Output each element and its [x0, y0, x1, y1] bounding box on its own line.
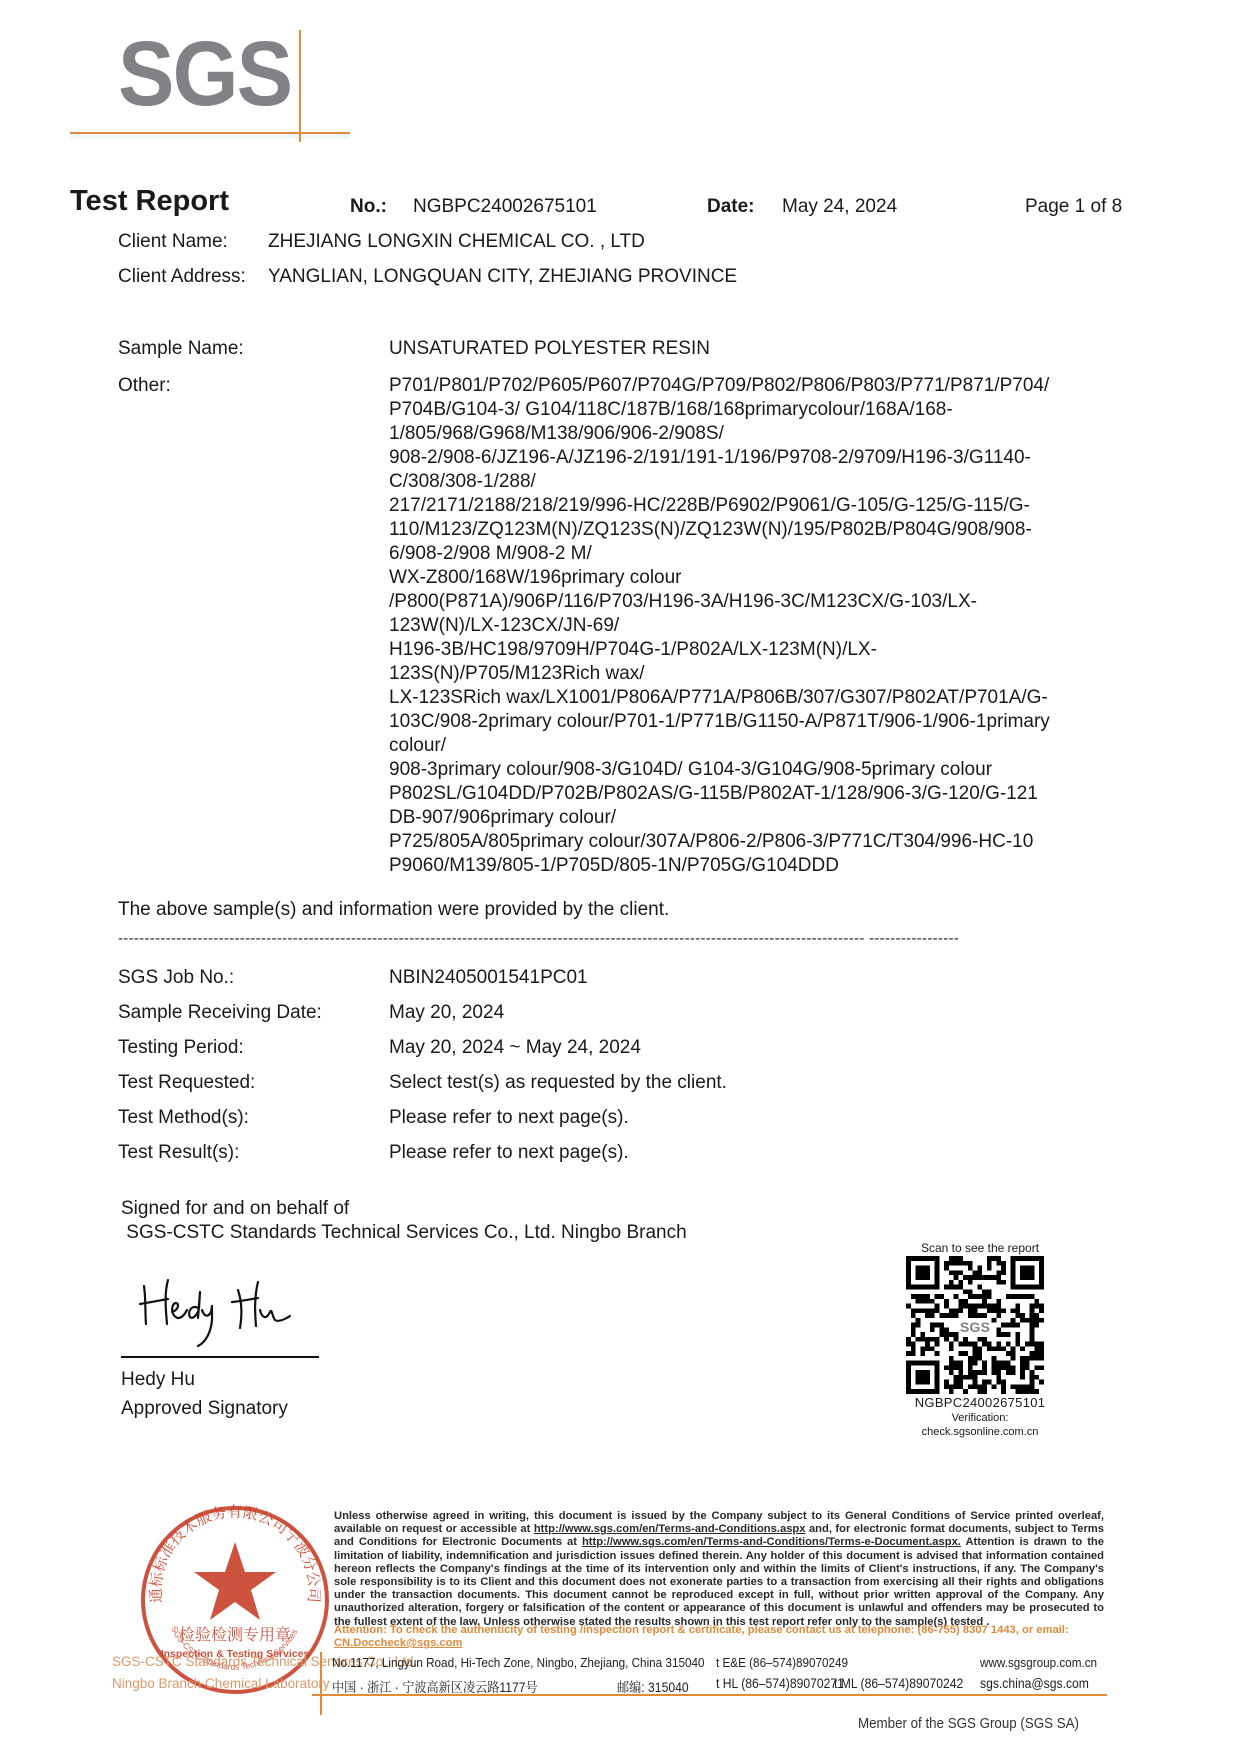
section-separator: ----------------------------------------…: [118, 930, 1098, 947]
other-models-line: 123W(N)/LX-123CX/JN-69/: [389, 614, 1129, 638]
other-models-line: H196-3B/HC198/9709H/P704G-1/P802A/LX-123…: [389, 638, 1129, 662]
svg-text:检验检测专用章: 检验检测专用章: [179, 1625, 291, 1644]
other-models-line: P9060/M139/805-1/P705D/805-1N/P705G/G104…: [389, 854, 1129, 878]
qr-report-number: NGBPC24002675101: [895, 1395, 1065, 1410]
other-models-line: 123S(N)/P705/M123Rich wax/: [389, 662, 1129, 686]
other-models-line: WX-Z800/168W/196primary colour: [389, 566, 1129, 590]
sample-name-label: Sample Name:: [118, 337, 244, 361]
logo-horizontal-rule: [70, 132, 350, 134]
footer-postcode-cn: 邮编: 315040: [617, 1676, 689, 1696]
other-models-line: DB-907/906primary colour/: [389, 806, 1129, 830]
footer-tel-hl: t HL (86–574)89070271: [716, 1676, 844, 1691]
other-models-line: 6/908-2/908 M/908-2 M/: [389, 542, 1129, 566]
other-label: Other:: [118, 374, 171, 398]
verification-label: Verification:: [895, 1411, 1065, 1425]
logo-underline-shade: [70, 134, 350, 139]
footer-email[interactable]: sgs.china@sgs.com: [980, 1676, 1089, 1691]
date-label: Date:: [707, 196, 755, 218]
other-models-line: 217/2171/2188/218/219/996-HC/228B/P6902/…: [389, 494, 1129, 518]
logo-vertical-rule: [299, 30, 301, 142]
other-models-line: P701/P801/P702/P605/P607/P704G/P709/P802…: [389, 374, 1129, 398]
signature-line: [121, 1356, 319, 1358]
other-models-line: P704B/G104-3/ G104/118C/187B/168/168prim…: [389, 398, 1129, 422]
other-models-line: colour/: [389, 734, 1129, 758]
other-models-line: 1/805/968/G968/M138/906/906-2/908S/: [389, 422, 1129, 446]
footer-address-en: No.1177, Lingyun Road, Hi-Tech Zone, Nin…: [332, 1655, 704, 1670]
page-indicator: Page 1 of 8: [1025, 196, 1122, 218]
qr-center-sgs-logo: SGS: [960, 1320, 990, 1336]
other-models-list: P701/P801/P702/P605/P607/P704G/P709/P802…: [389, 374, 1129, 878]
signed-behalf-line: Signed for and on behalf of: [121, 1197, 349, 1221]
footer-website[interactable]: www.sgsgroup.com.cn: [980, 1655, 1097, 1670]
sgs-group-member-note: Member of the SGS Group (SGS SA): [858, 1716, 1079, 1732]
footer-address-cn: 中国 · 浙江 · 宁波高新区凌云路1177号: [332, 1676, 538, 1696]
job-row-label: Sample Receiving Date:: [118, 1001, 322, 1025]
footer-vertical-rule: [320, 1652, 322, 1715]
qr-caption: Scan to see the report: [905, 1241, 1055, 1255]
other-models-line: P725/805A/805primary colour/307A/P806-2/…: [389, 830, 1129, 854]
client-name-label: Client Name:: [118, 230, 228, 254]
signatory-name: Hedy Hu: [121, 1368, 195, 1392]
job-row-value: May 20, 2024: [389, 1001, 504, 1025]
job-row-label: Test Method(s):: [118, 1106, 249, 1130]
other-models-line: 908-3primary colour/908-3/G104D/ G104-3/…: [389, 758, 1129, 782]
job-row-value: Please refer to next page(s).: [389, 1106, 629, 1130]
qr-code[interactable]: SGS: [905, 1256, 1045, 1394]
client-address-value: YANGLIAN, LONGQUAN CITY, ZHEJIANG PROVIN…: [268, 265, 737, 289]
provided-note: The above sample(s) and information were…: [118, 898, 669, 922]
sample-name-value: UNSATURATED POLYESTER RESIN: [389, 337, 710, 361]
signing-company: SGS-CSTC Standards Technical Services Co…: [121, 1221, 687, 1245]
client-address-label: Client Address:: [118, 265, 246, 289]
other-models-line: 110/M123/ZQ123M(N)/ZQ123S(N)/ZQ123W(N)/1…: [389, 518, 1129, 542]
doccheck-email-link[interactable]: CN.Doccheck@sgs.com: [334, 1637, 462, 1649]
signatory-title: Approved Signatory: [121, 1397, 288, 1421]
report-no-label: No.:: [350, 196, 387, 218]
job-row-label: Testing Period:: [118, 1036, 244, 1060]
other-models-line: P802SL/G104DD/P702B/P802AS/G-115B/P802AT…: [389, 782, 1129, 806]
sgs-logo: SGS: [118, 28, 291, 120]
report-no-value: NGBPC24002675101: [413, 196, 597, 218]
star-icon: [194, 1542, 276, 1620]
job-row-value: NBIN2405001541PC01: [389, 966, 588, 990]
disclaimer-text-3: Attention is drawn to the limitation of …: [334, 1536, 1104, 1627]
other-models-line: LX-123SRich wax/LX1001/P806A/P771A/P806B…: [389, 686, 1129, 710]
job-row-value: Select test(s) as requested by the clien…: [389, 1071, 727, 1095]
other-models-line: 103C/908-2primary colour/P701-1/P771B/G1…: [389, 710, 1129, 734]
other-models-line: 908-2/908-6/JZ196-A/JZ196-2/191/191-1/19…: [389, 446, 1129, 470]
footer-tel-ee: t E&E (86–574)89070249: [716, 1655, 848, 1670]
verification-url[interactable]: check.sgsonline.com.cn: [895, 1425, 1065, 1439]
footer-tel-ml: t ML (86–574)89070242: [834, 1676, 963, 1691]
job-row-value: Please refer to next page(s).: [389, 1141, 629, 1165]
legal-disclaimer: Unless otherwise agreed in writing, this…: [334, 1510, 1104, 1629]
job-row-label: Test Result(s):: [118, 1141, 239, 1165]
other-models-line: /P800(P871A)/906P/116/P703/H196-3A/H196-…: [389, 590, 1129, 614]
other-models-line: C/308/308-1/288/: [389, 470, 1129, 494]
terms-conditions-link[interactable]: http://www.sgs.com/en/Terms-and-Conditio…: [534, 1523, 806, 1535]
date-value: May 24, 2024: [782, 196, 897, 218]
qr-verification: Verification: check.sgsonline.com.cn: [895, 1411, 1065, 1439]
job-row-value: May 20, 2024 ~ May 24, 2024: [389, 1036, 641, 1060]
terms-e-document-link[interactable]: http://www.sgs.com/en/Terms-and-Conditio…: [582, 1536, 961, 1548]
job-row-label: Test Requested:: [118, 1071, 255, 1095]
report-title: Test Report: [70, 185, 229, 218]
attention-text: Attention: To check the authenticity of …: [334, 1624, 1069, 1636]
authenticity-notice: Attention: To check the authenticity of …: [334, 1624, 1124, 1650]
handwritten-signature: [138, 1272, 308, 1352]
client-name-value: ZHEJIANG LONGXIN CHEMICAL CO. , LTD: [268, 230, 645, 254]
job-row-label: SGS Job No.:: [118, 966, 234, 990]
